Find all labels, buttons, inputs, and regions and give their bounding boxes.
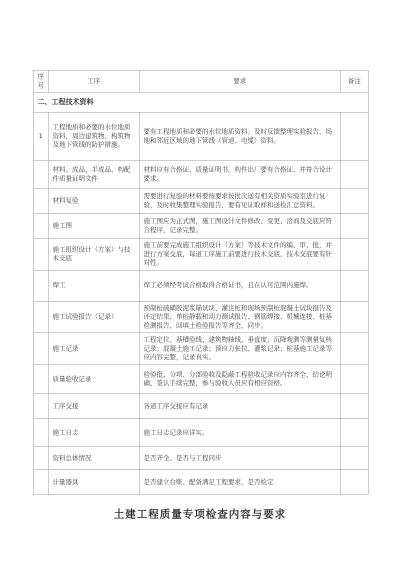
cell-process: 施工记录 [48, 333, 139, 365]
table-row: 材料复验 需要进行复验的材料要按要求按批次送有相关资质实验室进行复验，及时收集整… [33, 188, 368, 213]
cell-seq [33, 270, 48, 301]
column-header-process: 工序 [48, 70, 139, 92]
document-page: 序号 工序 要求 备注 二、工程技术资料 1 工程地质和必要的水位地质资料，周边… [0, 0, 400, 566]
cell-process: 质量验收记录 [48, 365, 139, 394]
cell-remark [340, 333, 368, 365]
section-heading: 二、工程技术资料 [33, 92, 368, 112]
cell-remark [340, 112, 368, 160]
cell-process: 工程地质和必要的水位地质资料，周边建筑物、构筑物及地下管线的防护措施。 [48, 112, 139, 160]
table-row: 施工组织设计（方案）与技术交底 施工前要完成施工组织设计（方案）等技术文件的编、… [33, 238, 368, 270]
cell-requirement: 施工前要完成施工组织设计（方案）等技术文件的编、审、批，并进行方案交底，每道工序… [139, 238, 340, 270]
cell-requirement: 要有工程地质和必要的水位地质资料；及时反馈整理实验报告，场地和邻近区域的地下管线… [139, 112, 340, 160]
cell-remark [340, 365, 368, 394]
cell-remark [340, 419, 368, 447]
cell-remark [340, 238, 368, 270]
cell-remark [340, 270, 368, 301]
cell-seq [33, 365, 48, 394]
cell-remark [340, 213, 368, 238]
cell-process: 计量器具 [48, 470, 139, 495]
cell-seq: 1 [33, 112, 48, 160]
cell-requirement: 施工图应为正式图，施工图设计文件修改、变更、洽商及交底应符合程序，记录完整。 [139, 213, 340, 238]
cell-remark [340, 188, 368, 213]
table-row: 质量验收记录 检验批、分项、分部验收及隐蔽工程验收记录应内容齐全、结论明确、签认… [33, 365, 368, 394]
cell-requirement: 是否齐全、是否与工程同步 [139, 447, 340, 470]
cell-requirement: 预制桩硫磺胶泥浆锚试块、灌注桩和现场预制桩混凝土试块报告及评定结果、单桩静载和动… [139, 301, 340, 333]
cell-requirement: 需要进行复验的材料要按要求按批次送有相关资质实验室进行复验，及时收集整理实验报告… [139, 188, 340, 213]
inspection-checklist-table: 序号 工序 要求 备注 二、工程技术资料 1 工程地质和必要的水位地质资料，周边… [33, 70, 369, 495]
cell-process: 材料、成品、半成品、构配件质量证明文件 [48, 160, 139, 188]
scan-content: 序号 工序 要求 备注 二、工程技术资料 1 工程地质和必要的水位地质资料，周边… [0, 0, 400, 566]
table-row: 工序交接 各道工序交接应有记录 [33, 394, 368, 419]
cell-seq [33, 394, 48, 419]
table-row: 施工记录 工程定位、基槽验线、建筑物轴线、垂直度、沉降观测等测量复核记录；混凝土… [33, 333, 368, 365]
table-row: 资料总体情况 是否齐全、是否与工程同步 [33, 447, 368, 470]
cell-remark [340, 470, 368, 495]
cell-seq [33, 333, 48, 365]
table-row: 施工日志 施工日志记录应详实。 [33, 419, 368, 447]
table-row: 材料、成品、半成品、构配件质量证明文件 材料应有合格证、质量证明书，构件出厂要有… [33, 160, 368, 188]
cell-requirement: 材料应有合格证、质量证明书，构件出厂要有合格证，并符合设计要求。 [139, 160, 340, 188]
cell-seq [33, 213, 48, 238]
cell-process: 工序交接 [48, 394, 139, 419]
cell-process: 施工图 [48, 213, 139, 238]
page-title: 土建工程质量专项检查内容与要求 [0, 506, 400, 521]
cell-seq [33, 160, 48, 188]
cell-requirement: 各道工序交接应有记录 [139, 394, 340, 419]
table-row: 焊工 焊工必须经考试合格取得合格证书，且在认可范围内施焊。 [33, 270, 368, 301]
cell-remark [340, 160, 368, 188]
cell-process: 施工日志 [48, 419, 139, 447]
column-header-requirement: 要求 [139, 70, 340, 92]
cell-seq [33, 301, 48, 333]
table-row: 1 工程地质和必要的水位地质资料，周边建筑物、构筑物及地下管线的防护措施。 要有… [33, 112, 368, 160]
cell-seq [33, 238, 48, 270]
section-row: 二、工程技术资料 [33, 92, 368, 112]
cell-seq [33, 419, 48, 447]
cell-remark [340, 447, 368, 470]
cell-process: 材料复验 [48, 188, 139, 213]
cell-process: 施工组织设计（方案）与技术交底 [48, 238, 139, 270]
table-row: 施工试验报告（记录） 预制桩硫磺胶泥浆锚试块、灌注桩和现场预制桩混凝土试块报告及… [33, 301, 368, 333]
cell-seq [33, 447, 48, 470]
cell-remark [340, 301, 368, 333]
cell-remark [340, 394, 368, 419]
table-header-row: 序号 工序 要求 备注 [33, 70, 368, 92]
cell-requirement: 是否建立台账、配备满足工程要求，是否检定 [139, 470, 340, 495]
cell-requirement: 施工日志记录应详实。 [139, 419, 340, 447]
cell-seq [33, 188, 48, 213]
cell-seq [33, 470, 48, 495]
table-row: 计量器具 是否建立台账、配备满足工程要求，是否检定 [33, 470, 368, 495]
cell-requirement: 焊工必须经考试合格取得合格证书，且在认可范围内施焊。 [139, 270, 340, 301]
column-header-seq: 序号 [33, 70, 48, 92]
cell-process: 施工试验报告（记录） [48, 301, 139, 333]
column-header-remark: 备注 [340, 70, 368, 92]
cell-process: 焊工 [48, 270, 139, 301]
cell-requirement: 工程定位、基槽验线、建筑物轴线、垂直度、沉降观测等测量复核记录；混凝土施工记录；… [139, 333, 340, 365]
table-row: 施工图 施工图应为正式图，施工图设计文件修改、变更、洽商及交底应符合程序，记录完… [33, 213, 368, 238]
cell-process: 资料总体情况 [48, 447, 139, 470]
cell-requirement: 检验批、分项、分部验收及隐蔽工程验收记录应内容齐全、结论明确、签认手续完整，参与… [139, 365, 340, 394]
